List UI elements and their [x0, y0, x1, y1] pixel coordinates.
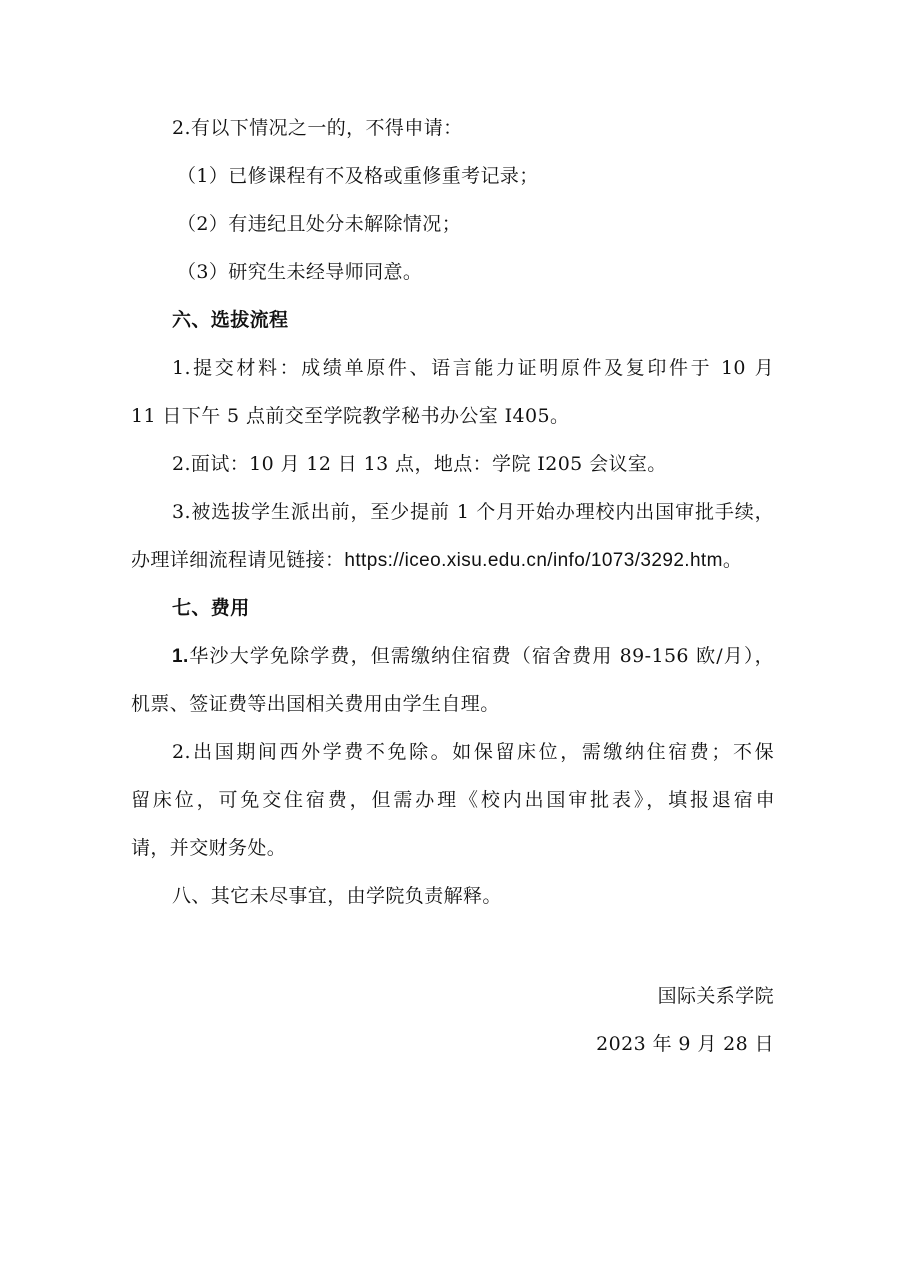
list-item-1: （1）已修课程有不及格或重修重考记录； [177, 164, 821, 188]
section7-item1-line2: 机票、签证费等出国相关费用由学生自理。 [131, 692, 775, 716]
section6-item3-suffix: 。 [723, 549, 742, 571]
list-item-2: （2）有违纪且处分未解除情况； [177, 212, 821, 236]
process-link[interactable]: https://iceo.xisu.edu.cn/info/1073/3292.… [344, 550, 722, 571]
section6-item2: 2.面试：10 月 12 日 13 点，地点：学院 I205 会议室。 [172, 452, 816, 476]
section7-item2-line1: 2.出国期间西外学费不免除。如保留床位，需缴纳住宿费；不保 [172, 740, 774, 764]
section6-item3-line2: 办理详细流程请见链接：https://iceo.xisu.edu.cn/info… [131, 548, 775, 573]
section6-heading: 六、选拔流程 [172, 308, 816, 332]
list-item-3: （3）研究生未经导师同意。 [177, 260, 821, 284]
section8-text: 八、其它未尽事宜，由学院负责解释。 [172, 884, 816, 908]
section5-item2-title: 2.有以下情况之一的，不得申请： [172, 116, 816, 140]
section6-item1-line2: 11 日下午 5 点前交至学院教学秘书办公室 I405。 [131, 404, 775, 428]
signature-organization: 国际关系学院 [658, 984, 774, 1008]
document-page: 2.有以下情况之一的，不得申请： （1）已修课程有不及格或重修重考记录； （2）… [0, 0, 914, 1272]
section6-item3-prefix: 办理详细流程请见链接： [131, 549, 344, 571]
signature-date: 2023 年 9 月 28 日 [596, 1032, 774, 1056]
section6-item1-line1: 1.提交材料：成绩单原件、语言能力证明原件及复印件于 10 月 [172, 356, 774, 380]
section7-item1-text: 华沙大学免除学费，但需缴纳住宿费（宿舍费用 89-156 欧/月）， [189, 645, 774, 667]
section7-item2-line3: 请，并交财务处。 [131, 836, 775, 860]
section7-item2-line2: 留床位，可免交住宿费，但需办理《校内出国审批表》，填报退宿申 [131, 788, 775, 812]
section7-item1-number: 1. [172, 646, 189, 667]
section7-heading: 七、费用 [172, 596, 816, 620]
section7-item1-line1: 1.华沙大学免除学费，但需缴纳住宿费（宿舍费用 89-156 欧/月）， [172, 644, 774, 669]
section6-item3-line1: 3.被选拔学生派出前，至少提前 1 个月开始办理校内出国审批手续， [172, 500, 774, 524]
